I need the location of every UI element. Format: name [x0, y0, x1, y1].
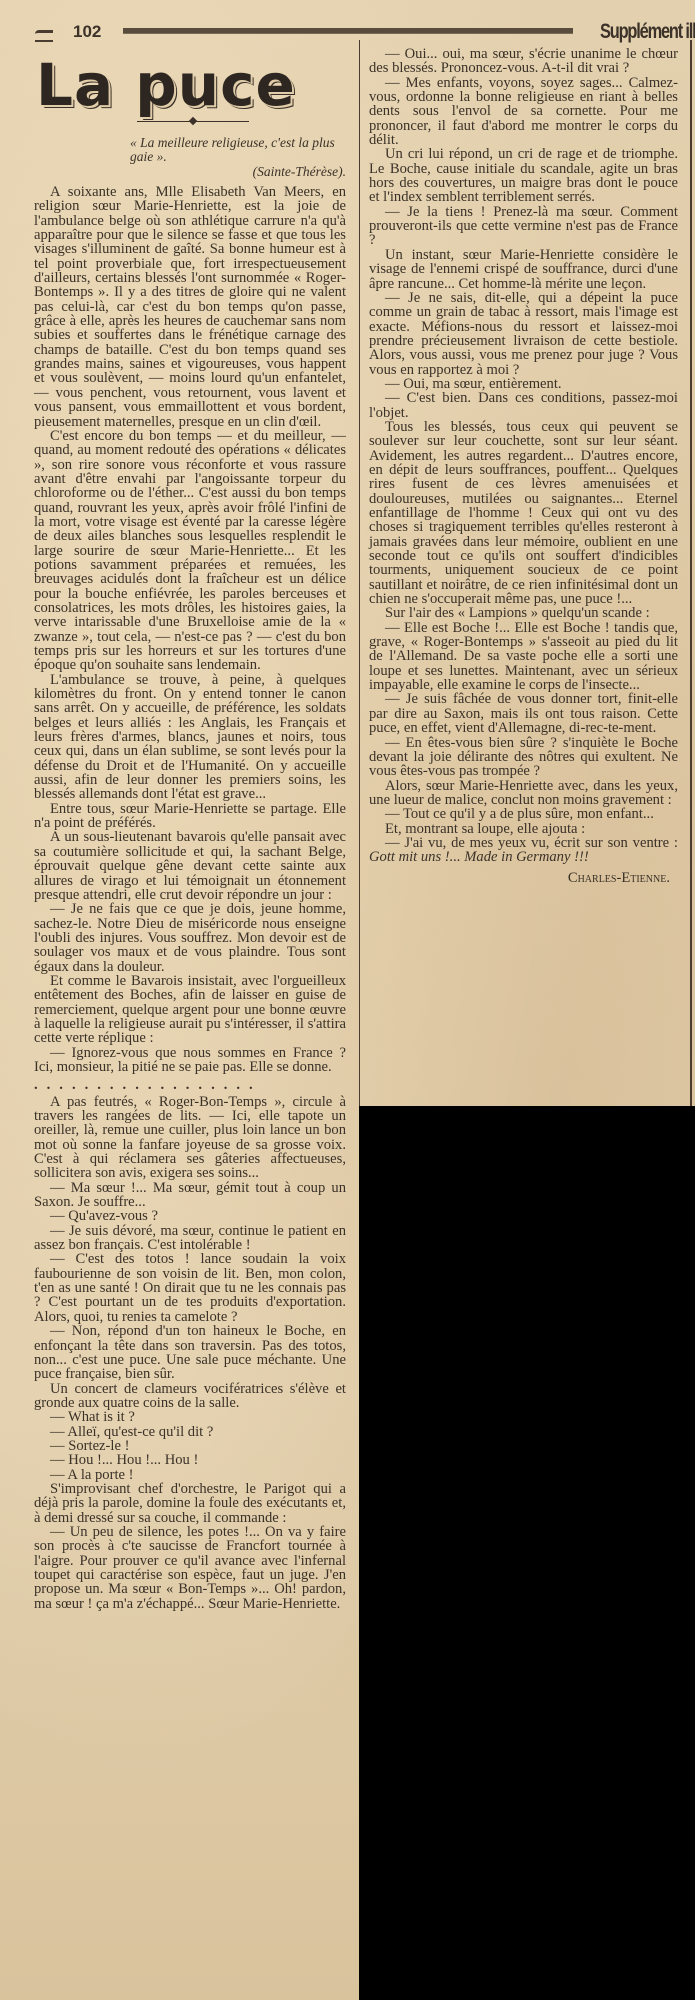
paragraph: — Un peu de silence, les potes !... On v…	[34, 1525, 346, 1611]
paragraph: — Sortez-le !	[34, 1439, 346, 1453]
paragraph: Un concert de clameurs vocifératrices s'…	[34, 1382, 346, 1411]
paragraph: Et comme le Bavarois insistait, avec l'o…	[34, 974, 346, 1046]
paragraph: Alors, sœur Marie-Henriette avec, dans l…	[369, 779, 678, 808]
paragraph: Entre tous, sœur Marie-Henriette se part…	[34, 802, 346, 831]
paragraph: — A la porte !	[34, 1468, 346, 1482]
paragraph: A pas feutrés, « Roger-Bon-Temps », circ…	[34, 1095, 346, 1181]
paragraph: — Non, répond d'un ton haineux le Boche,…	[34, 1324, 346, 1381]
epigraph: « La meilleure religieuse, c'est la plus…	[130, 136, 346, 179]
paragraph: — Oui, ma sœur, entièrement.	[369, 377, 678, 391]
paragraph: — Tout ce qu'il y a de plus sûre, mon en…	[369, 807, 678, 821]
paragraph: — Oui... oui, ma sœur, s'écrie unanime l…	[369, 47, 678, 76]
author-signature: Charles-Etienne.	[369, 871, 678, 885]
paragraph: C'est encore du bon temps — et du meille…	[34, 429, 346, 673]
paragraph: — En êtes-vous bien sûre ? s'inquiète le…	[369, 736, 678, 779]
paragraph: — Je suis dévoré, ma sœur, continue le p…	[34, 1224, 346, 1253]
epigraph-source: (Sainte-Thérèse).	[130, 165, 346, 179]
header-rule	[123, 28, 573, 34]
paragraph: Un instant, sœur Marie-Henriette considè…	[369, 248, 678, 291]
right-column: — Oui... oui, ma sœur, s'écrie unanime l…	[369, 47, 678, 885]
paragraph: — C'est des totos ! lance soudain la voi…	[34, 1252, 346, 1324]
paragraph: — Je ne sais, dit-elle, qui a dépeint la…	[369, 291, 678, 377]
page-number: 102	[73, 22, 101, 42]
paragraph: Sur l'air des « Lampions » quelqu'un sca…	[369, 606, 678, 620]
paragraph: — C'est bien. Dans ces conditions, passe…	[369, 391, 678, 420]
paragraph: S'improvisant chef d'orchestre, le Parig…	[34, 1482, 346, 1525]
ornament-diamond	[189, 117, 197, 125]
left-paragraphs-continued: A pas feutrés, « Roger-Bon-Temps », circ…	[34, 1095, 346, 1611]
paragraph: — Hou !... Hou !... Hou !	[34, 1453, 346, 1467]
paragraph: — Alleï, qu'est-ce qu'il dit ?	[34, 1425, 346, 1439]
paragraph: Un cri lui répond, un cri de rage et de …	[369, 147, 678, 204]
section-separator: ..................	[34, 1078, 346, 1092]
final-quote: — J'ai vu, de mes yeux vu, écrit sur son…	[369, 836, 678, 865]
paragraph: L'ambulance se trouve, à peine, à quelqu…	[34, 673, 346, 802]
pointing-hand-icon	[35, 30, 53, 42]
paragraph: — Je la tiens ! Prenez-là ma sœur. Comme…	[369, 205, 678, 248]
paragraph: Et, montrant sa loupe, elle ajouta :	[369, 822, 678, 836]
paragraph: — Je ne fais que ce que je dois, jeune h…	[34, 902, 346, 974]
paragraph: — Je suis fâchée de vous donner tort, fi…	[369, 692, 678, 735]
right-paragraphs: — Oui... oui, ma sœur, s'écrie unanime l…	[369, 47, 678, 836]
left-column: A soixante ans, Mlle Elisabeth Van Meers…	[34, 185, 346, 1611]
paragraph: — Ma sœur !... Ma sœur, gémit tout à cou…	[34, 1181, 346, 1210]
article-title: La puce	[36, 56, 296, 114]
paragraph: A soixante ans, Mlle Elisabeth Van Meers…	[34, 185, 346, 429]
blank-scan-area	[359, 1106, 695, 2000]
paragraph: A un sous-lieutenant bavarois qu'elle pa…	[34, 830, 346, 902]
paragraph: — What is it ?	[34, 1410, 346, 1424]
epigraph-quote: « La meilleure religieuse, c'est la plus…	[130, 135, 335, 164]
left-paragraphs: A soixante ans, Mlle Elisabeth Van Meers…	[34, 185, 346, 1074]
paragraph: — Ignorez-vous que nous sommes en France…	[34, 1046, 346, 1075]
paragraph: — Mes enfants, voyons, soyez sages... Ca…	[369, 76, 678, 148]
paragraph: — Elle est Boche !... Elle est Boche ! t…	[369, 621, 678, 693]
title-ornament	[137, 118, 249, 126]
paragraph: — Qu'avez-vous ?	[34, 1209, 346, 1223]
final-quote-italic: Gott mit uns !... Made in Germany !!!	[369, 849, 589, 865]
paragraph: Tous les blessés, tous ceux qui peuvent …	[369, 420, 678, 606]
